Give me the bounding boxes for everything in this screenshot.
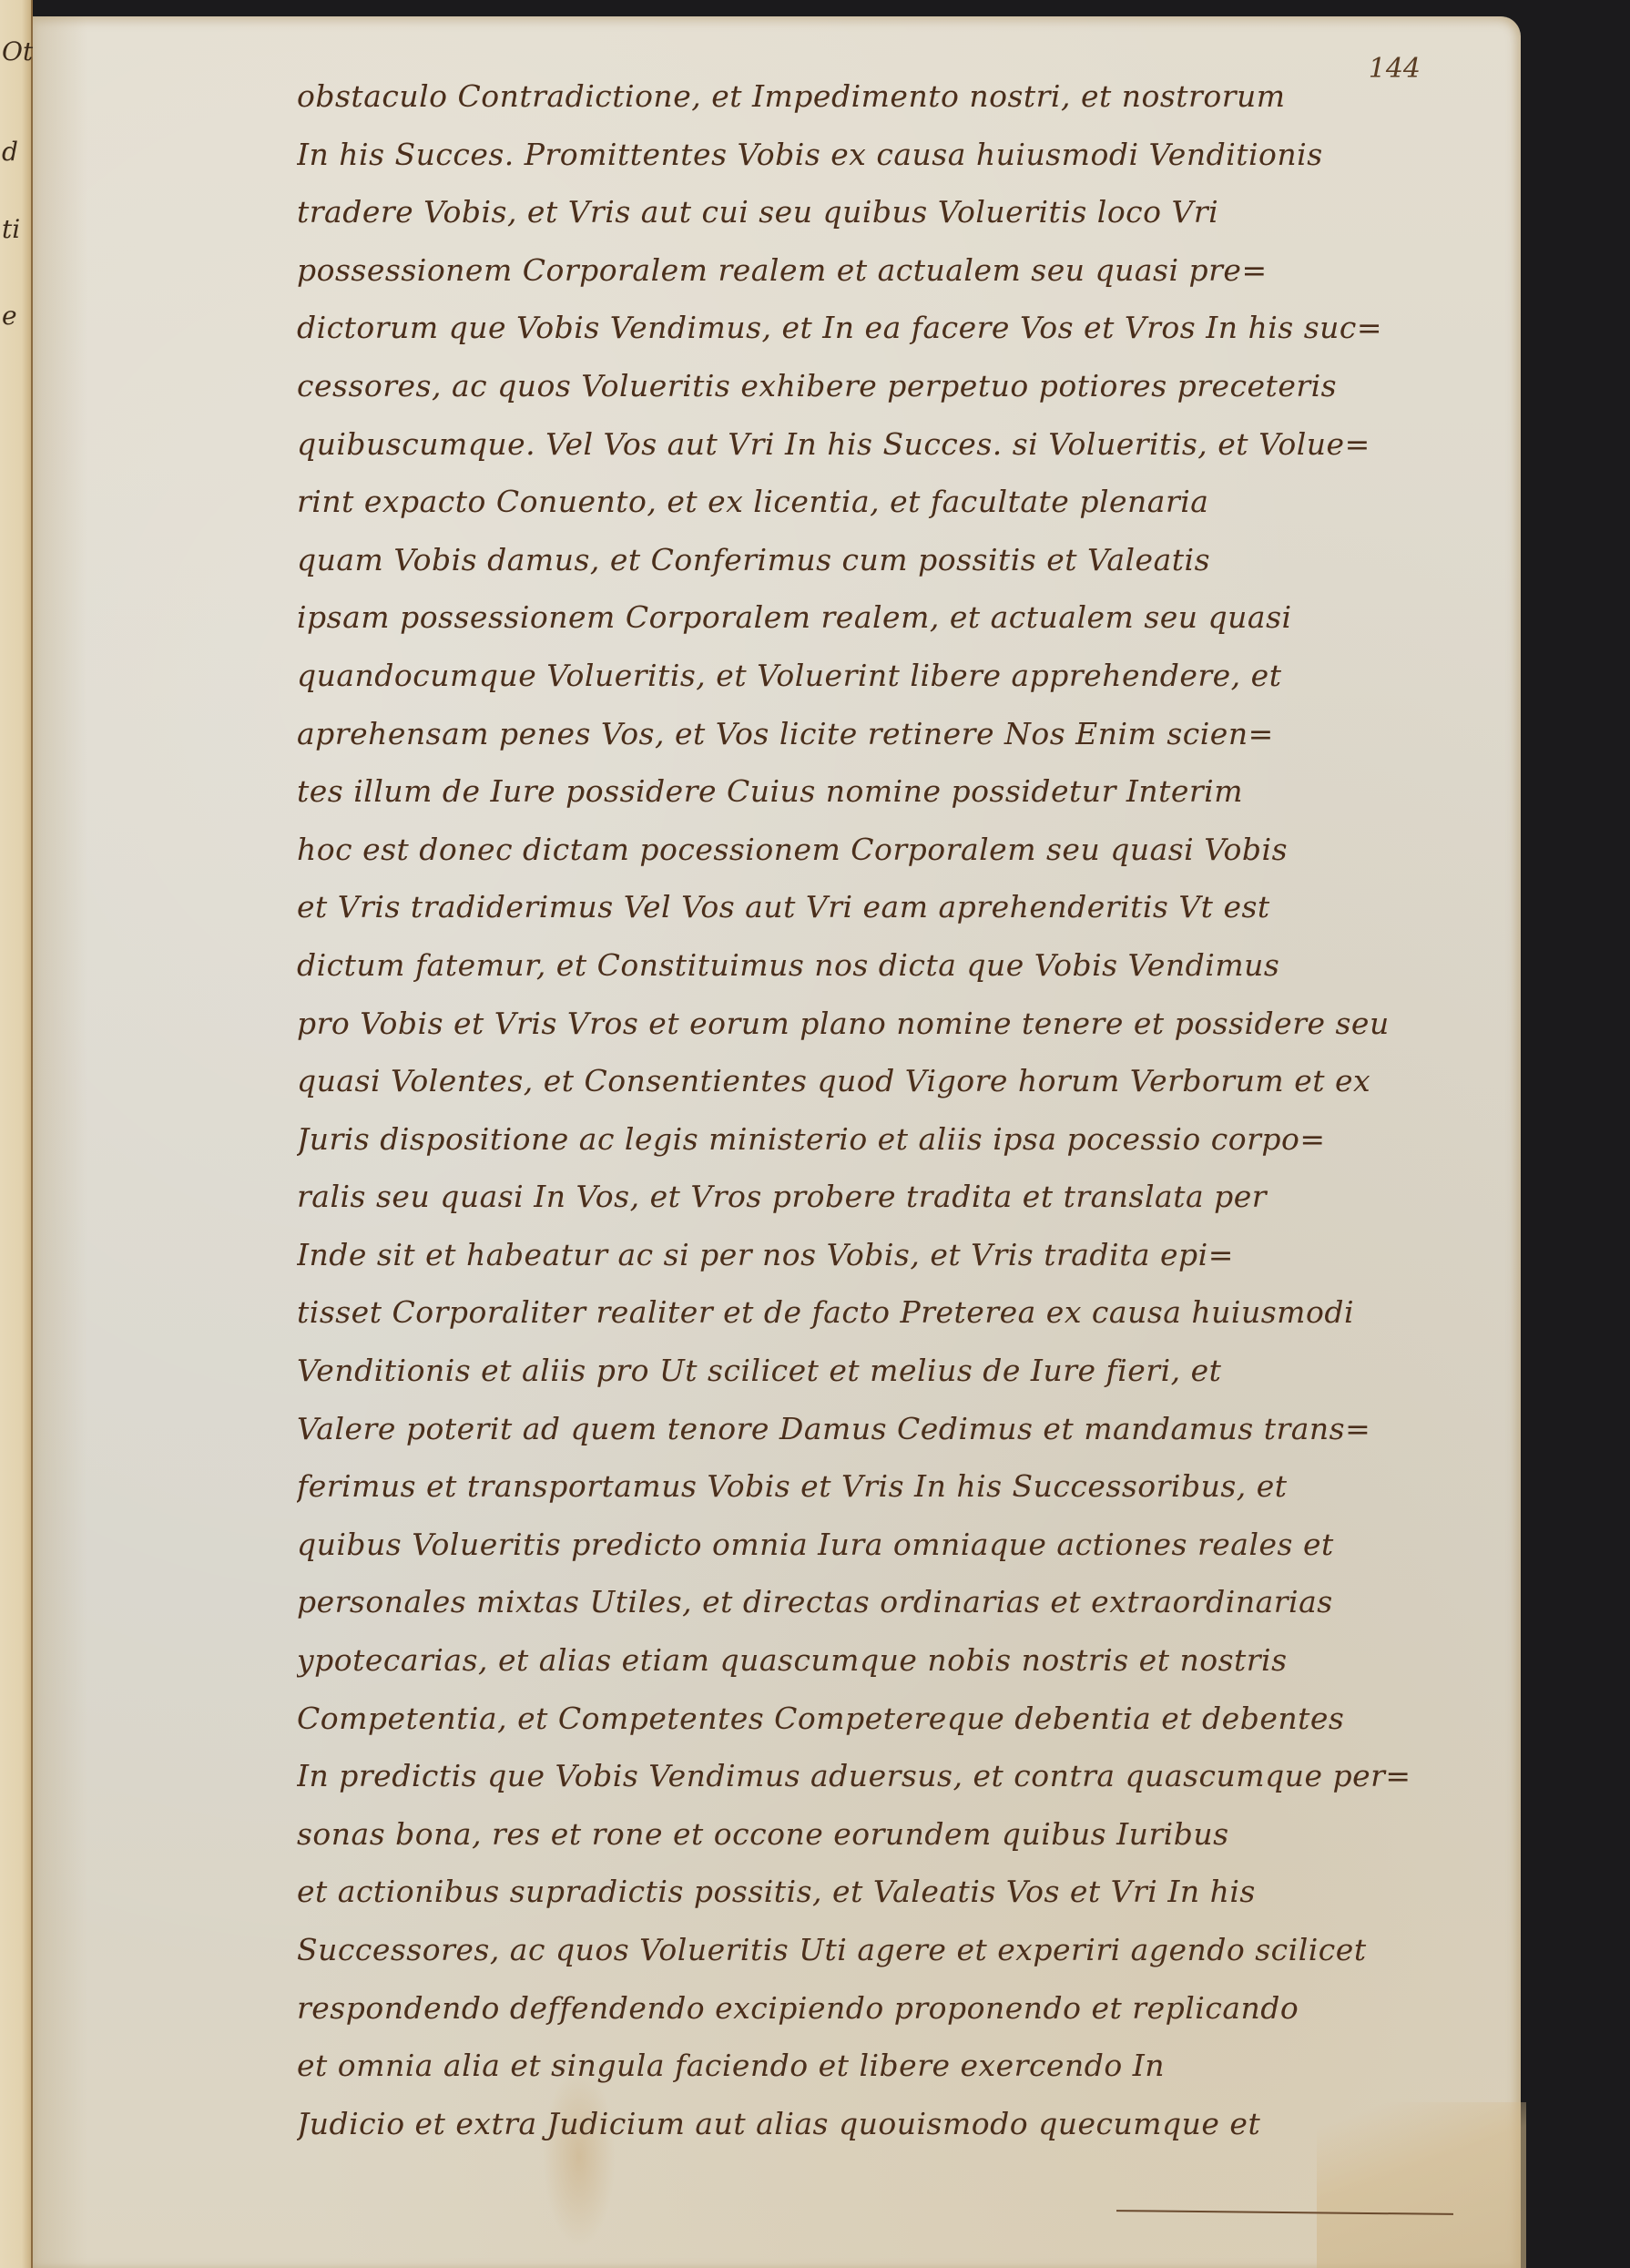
text-line: ypotecarias, et alias etiam quascumque n…: [297, 1631, 1517, 1690]
text-line: Inde sit et habeatur ac si per nos Vobis…: [297, 1226, 1517, 1284]
text-line: In predictis que Vobis Vendimus aduersus…: [297, 1747, 1517, 1805]
text-line: et Vris tradiderimus Vel Vos aut Vri eam…: [297, 878, 1517, 936]
text-line: dictorum que Vobis Vendimus, et In ea fa…: [297, 299, 1517, 357]
text-line: Venditionis et aliis pro Ut scilicet et …: [297, 1342, 1517, 1400]
text-line: In his Succes. Promittentes Vobis ex cau…: [297, 126, 1517, 184]
manuscript-page: 144 obstaculo Contradictione, et Impedim…: [33, 16, 1521, 2268]
text-line: aprehensam penes Vos, et Vos licite reti…: [297, 705, 1517, 763]
text-line: ferimus et transportamus Vobis et Vris I…: [297, 1457, 1517, 1516]
previous-page-mark: d: [2, 137, 18, 167]
manuscript-text-block: obstaculo Contradictione, et Impedimento…: [297, 67, 1517, 2152]
previous-page-mark: e: [2, 301, 17, 331]
text-line: ipsam possessionem Corporalem realem, et…: [297, 588, 1517, 647]
text-line: et omnia alia et singula faciendo et lib…: [297, 2037, 1517, 2095]
text-line: hoc est donec dictam pocessionem Corpora…: [297, 821, 1517, 879]
text-line: ralis seu quasi In Vos, et Vros probere …: [297, 1168, 1517, 1226]
text-line: quibuscumque. Vel Vos aut Vri In his Suc…: [297, 415, 1517, 474]
text-line: quasi Volentes, et Consentientes quod Vi…: [297, 1052, 1517, 1110]
text-line: quandocumque Volueritis, et Voluerint li…: [297, 647, 1517, 705]
previous-page-edge: Ott d ti e: [0, 0, 33, 2268]
text-line: tisset Corporaliter realiter et de facto…: [297, 1283, 1517, 1342]
text-line: respondendo deffendendo excipiendo propo…: [297, 1979, 1517, 2038]
text-line: Judicio et extra Judicium aut alias quou…: [297, 2095, 1517, 2153]
text-line: sonas bona, res et rone et occone eorund…: [297, 1805, 1517, 1864]
previous-page-mark: ti: [2, 214, 20, 244]
text-line: quibus Volueritis predicto omnia Iura om…: [297, 1516, 1517, 1574]
text-line: tes illum de Iure possidere Cuius nomine…: [297, 762, 1517, 821]
text-line: Juris dispositione ac legis ministerio e…: [297, 1110, 1517, 1169]
text-line: rint expacto Conuento, et ex licentia, e…: [297, 473, 1517, 531]
text-line: dictum fatemur, et Constituimus nos dict…: [297, 936, 1517, 995]
text-line: quam Vobis damus, et Conferimus cum poss…: [297, 531, 1517, 589]
text-line: Successores, ac quos Volueritis Uti ager…: [297, 1921, 1517, 1979]
text-line: tradere Vobis, et Vris aut cui seu quibu…: [297, 183, 1517, 241]
text-line: pro Vobis et Vris Vros et eorum plano no…: [297, 995, 1517, 1053]
text-line: et actionibus supradictis possitis, et V…: [297, 1863, 1517, 1921]
text-line: obstaculo Contradictione, et Impedimento…: [297, 67, 1517, 126]
text-line: Competentia, et Competentes Competereque…: [297, 1690, 1517, 1748]
text-line: cessores, ac quos Volueritis exhibere pe…: [297, 357, 1517, 415]
text-line: possessionem Corporalem realem et actual…: [297, 241, 1517, 300]
text-line: Valere poterit ad quem tenore Damus Cedi…: [297, 1400, 1517, 1458]
text-line: personales mixtas Utiles, et directas or…: [297, 1573, 1517, 1631]
